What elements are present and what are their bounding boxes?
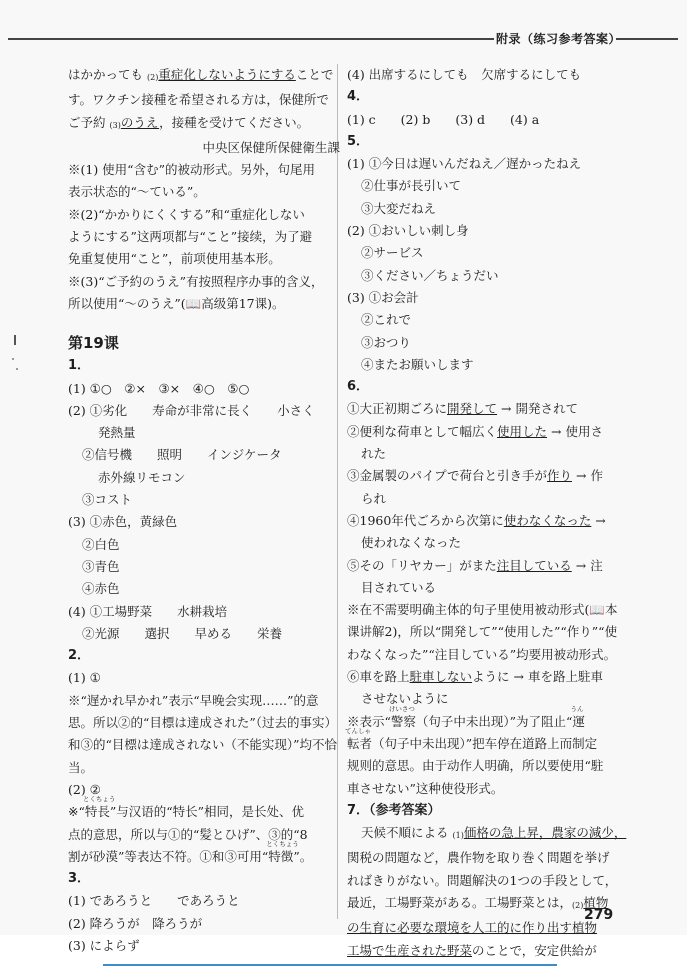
text: ことで	[296, 67, 334, 82]
text: →	[591, 513, 605, 528]
note-line: ようにする”这两项都与“こと”接续，为了避	[68, 226, 340, 248]
text: 割が砂漠”等表达不符。①和③可用“	[68, 849, 268, 864]
question-label: 5．	[347, 131, 627, 153]
answer-line: ②便利な荷車として幅広く使用した → 使用さ	[347, 421, 627, 443]
page-number: 279	[584, 907, 613, 923]
text: （句子中未出现）”把车停在道路上而制定	[372, 736, 597, 751]
ruby-word: てんしゃ転者	[347, 736, 372, 751]
text-line: はかかっても (2)重症化しないようにすることで	[68, 64, 340, 89]
underlined-text: 工場で生産された野菜	[347, 943, 472, 958]
note-line: 所以使用“〜のうえ”(📖高级第17课)。	[68, 293, 340, 315]
text: 運	[572, 714, 585, 729]
text: → 注	[572, 558, 603, 573]
note-line: 点的意思，所以与①的“髪とひげ”、③的“8	[68, 824, 340, 846]
note-line: 当。	[68, 757, 340, 779]
answer-line: ④赤色	[68, 578, 340, 600]
answer-line: れた	[347, 443, 627, 465]
answer-line: ③金属製のパイプで荷台と引き手が作り → 作	[347, 465, 627, 487]
underlined-text: 開発して	[447, 401, 497, 416]
furigana: うん	[570, 705, 583, 713]
answer-line: (2) ①劣化 寿命が非常に長く 小さく	[68, 400, 340, 422]
note-line: 课讲解2)，所以“開発して”“使用した”“作り”“使	[347, 621, 627, 643]
note-line: ※“遅かれ早かれ”表示“早晚会实现……”的意	[68, 690, 340, 712]
answer-line: 赤外線リモコン	[68, 467, 340, 489]
text: ように → 車を路上駐車	[472, 669, 603, 684]
note-line: 规则的意思。由于动作人明确，所以要使用“駐	[347, 755, 627, 777]
scan-mark	[12, 358, 14, 360]
signature-line: 中央区保健所保健衛生課	[68, 137, 340, 159]
question-label: 1．	[68, 355, 340, 377]
scan-mark	[14, 335, 16, 345]
underlined-text: 重症化しないようにする	[158, 67, 296, 82]
answer-line: ②これで	[347, 309, 627, 331]
furigana: とくちょう	[83, 795, 116, 803]
text: → 使用さ	[547, 424, 603, 439]
right-column: (4) 出席するにしても 欠席するにしても 4． (1) c (2) b (3)…	[347, 64, 627, 962]
answer-line: ればきりがない。問題解決の1つの手段として，	[347, 870, 627, 892]
text-line: ご予約 (3)のうえ，接種を受けてください。	[68, 112, 340, 137]
text: ⑥車を路上	[347, 669, 410, 684]
text: 特長	[85, 804, 110, 819]
answer-line: (3) ①赤色，黄緑色	[68, 511, 340, 533]
answer-line: 使われなくなった	[347, 532, 627, 554]
answer-line: ⑥車を路上駐車しないように → 車を路上駐車	[347, 666, 627, 688]
furigana: てんしゃ	[345, 727, 371, 735]
note-line: ※(3)“ご予約のうえ”有按照程序办事的含义，	[68, 271, 340, 293]
text: 最近，工場野菜がある。工場野菜とは，	[347, 895, 572, 910]
question-label: 2．	[68, 645, 340, 667]
underlined-text: 使用した	[497, 424, 547, 439]
answer-line: (2) 降ろうが 降ろうが	[68, 913, 340, 935]
answer-line: (1) ①	[68, 667, 340, 689]
text: ”与汉语的“特长”相同，是长处、优	[110, 804, 304, 819]
note-line: ※表示“けいさつ警察（句子中未出现）”为了阻止“うん運	[347, 711, 627, 733]
text: ※“	[68, 804, 85, 819]
footnote-marker: (3)	[109, 121, 120, 130]
underlined-text: のうえ	[121, 115, 159, 130]
underlined-text: の生育に必要な環境を人工的に作り出す植物	[347, 920, 597, 935]
header-rule	[616, 38, 678, 40]
text: ③金属製のパイプで荷台と引き手が	[347, 468, 547, 483]
answer-line: ③ください／ちょうだい	[347, 265, 627, 287]
footnote-marker: (1)	[452, 831, 463, 840]
note-line: ※(1) 使用“含む”的被动形式。另外，句尾用	[68, 159, 340, 181]
question-label: 4．	[347, 86, 627, 108]
underlined-text: 価格の急上昇，農家の減少，	[464, 825, 627, 840]
note-line: 車させない”这种使役形式。	[347, 778, 627, 800]
note-line: ※“とくちょう特長”与汉语的“特长”相同，是长处、优	[68, 801, 340, 823]
answer-line: ④またお願いします	[347, 354, 627, 376]
answer-line: 発熱量	[68, 422, 340, 444]
page-header-title: 附录（练习参考答案）	[496, 30, 621, 47]
answer-line: (1) c (2) b (3) d (4) a	[347, 109, 627, 131]
note-line: 和③的“目標は達成されない（不能实现）”均不恰	[68, 734, 340, 756]
answer-line: (2) ①おいしい刺し身	[347, 220, 627, 242]
text: 特徴	[268, 849, 293, 864]
header-rule	[8, 38, 494, 40]
furigana: けいさつ	[389, 705, 415, 713]
question-label: 6．	[347, 376, 627, 398]
note-line: てんしゃ転者（句子中未出现）”把车停在道路上而制定	[347, 733, 627, 755]
underlined-text: 使わなくなった	[504, 513, 592, 528]
note-line: 表示状态的“〜ている”。	[68, 181, 340, 203]
note-line: わなくなった”“注目している”均要用被动形式。	[347, 644, 627, 666]
furigana: とくちょう	[266, 840, 299, 848]
answer-line: (3) ①お会計	[347, 287, 627, 309]
text: ①大正初期ごろに	[347, 401, 447, 416]
text: ”。	[293, 849, 312, 864]
lesson-title: 第19课	[68, 331, 340, 355]
text: 警察	[391, 714, 416, 729]
text: のことで，安定供給が	[472, 943, 597, 958]
answer-line: ②信号機 照明 インジケータ	[68, 444, 340, 466]
answer-line: ③コスト	[68, 489, 340, 511]
answer-line: (4) 出席するにしても 欠席するにしても	[347, 64, 627, 86]
answer-line: ②仕事が長引いて	[347, 175, 627, 197]
answer-line: ③おつり	[347, 332, 627, 354]
note-line: 思。所以②的“目標は達成された”（过去的事实）	[68, 712, 340, 734]
text: ，接種を受けてください。	[159, 115, 309, 130]
answer-line: 工場で生産された野菜のことで，安定供給が	[347, 940, 627, 962]
ruby-word: とくちょう特長	[85, 804, 110, 819]
answer-line: ⑤その「リヤカー」がまた注目している → 注	[347, 555, 627, 577]
text: → 開発されて	[497, 401, 578, 416]
text: （句子中未出现）”为了阻止“	[416, 714, 573, 729]
text: ご予約	[68, 115, 109, 130]
answer-line: (1) ①今日は遅いんだねえ／遅かったねえ	[347, 153, 627, 175]
underlined-text: 注目している	[497, 558, 572, 573]
answer-line: (1) であろうと であろうと	[68, 890, 340, 912]
footnote-marker: (2)	[147, 73, 158, 82]
answer-line: 関税の問題など，農作物を取り巻く問題を挙げ	[347, 847, 627, 869]
underlined-text: 作り	[547, 468, 572, 483]
note-line: 免重复使用“こと”，前项使用基本形。	[68, 248, 340, 270]
note-line: ※(2)“かかりにくくする”和“重症化しない	[68, 204, 340, 226]
answer-line: (3) によらず	[68, 935, 340, 957]
answer-line: 天候不順による (1)価格の急上昇，農家の減少，	[347, 822, 627, 847]
text: ②便利な荷車として幅広く	[347, 424, 497, 439]
answer-line: ①大正初期ごろに開発して → 開発されて	[347, 398, 627, 420]
footnote-marker: (2)	[572, 901, 583, 910]
underlined-text: 駐車しない	[410, 669, 473, 684]
question-label: 3．	[68, 868, 340, 890]
note-line: ※在不需要明确主体的句子里使用被动形式(📖本	[347, 599, 627, 621]
answer-line: ②白色	[68, 534, 340, 556]
answer-line: 目されている	[347, 577, 627, 599]
text: はかかっても	[68, 67, 147, 82]
answer-line: ④1960年代ごろから次第に使わなくなった →	[347, 510, 627, 532]
text-line: す。ワクチン接種を希望される方は，保健所で	[68, 89, 340, 111]
answer-line: ②光源 選択 早める 栄養	[68, 623, 340, 645]
text: 天候不順による	[361, 825, 452, 840]
answer-line: (4) ①工場野菜 水耕栽培	[68, 601, 340, 623]
ruby-word: うん運	[572, 714, 585, 729]
note-line: 割が砂漠”等表达不符。①和③可用“とくちょう特徴”。	[68, 846, 340, 868]
text: ④1960年代ごろから次第に	[347, 513, 504, 528]
left-column: はかかっても (2)重症化しないようにすることで す。ワクチン接種を希望される方…	[68, 64, 340, 957]
answer-line: ③大変だねえ	[347, 198, 627, 220]
question-label: 7．（参考答案）	[347, 800, 627, 822]
answer-line: (1) ①○ ②× ③× ④○ ⑤○	[68, 378, 340, 400]
bottom-accent-line	[103, 964, 557, 966]
scan-mark	[16, 368, 18, 370]
answer-line: ②サービス	[347, 242, 627, 264]
answer-line: ③青色	[68, 556, 340, 578]
answer-line: られ	[347, 488, 627, 510]
text: ⑤その「リヤカー」がまた	[347, 558, 497, 573]
text: 転者	[347, 736, 372, 751]
ruby-word: けいさつ警察	[391, 714, 416, 729]
ruby-word: とくちょう特徴	[268, 849, 293, 864]
text: → 作	[572, 468, 603, 483]
